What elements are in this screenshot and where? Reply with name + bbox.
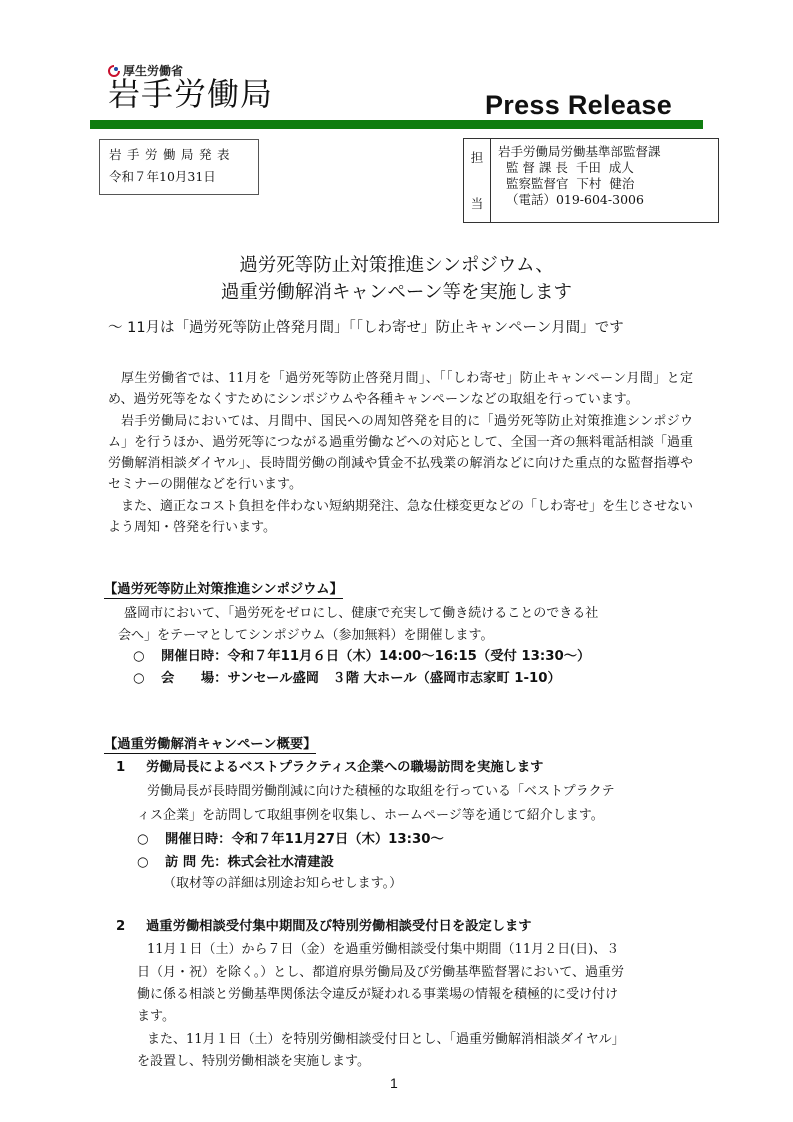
bullet-circle: ○ <box>137 855 165 870</box>
contact-label: 担 当 <box>464 139 491 222</box>
campaign-2-line: を設置し、特別労働相談を実施します。 <box>137 1050 370 1069</box>
bullet-circle: ○ <box>133 671 161 686</box>
contact-person-2: 監察監督官 下村 健治 <box>498 176 661 192</box>
title-line-1: 過労死等防止対策推進シンポジウム、 <box>0 252 793 279</box>
campaign-1-desc-2: ィス企業」を訪問して取組事例を収集し、ホームページ等を通じて紹介します。 <box>137 804 604 823</box>
campaign-2-line: 働に係る相談と労働基準関係法令違反が疑われる事業場の情報を積極的に受け付け <box>137 983 618 1002</box>
campaign-section-2-heading: 2過重労働相談受付集中期間及び特別労働相談受付日を設定します <box>116 915 532 934</box>
office-name: 岩手労働局 <box>108 76 273 112</box>
press-release-label: Press Release <box>485 90 672 121</box>
issuer-line: 岩手労働局発表 <box>109 144 258 166</box>
intro-paragraph: 岩手労働局においては、月間中、国民への周知啓発を目的に「過労死等防止対策推進シン… <box>108 411 693 496</box>
contact-department: 岩手労働局労働基準部監督課 <box>498 144 661 160</box>
contact-label-top: 担 <box>471 148 484 166</box>
symposium-venue: ○会 場：サンセール盛岡 ３階 大ホール（盛岡市志家町 1-10） <box>133 667 561 686</box>
issue-date: 令和７年10月31日 <box>109 166 258 188</box>
contact-phone: （電話）019-604-3006 <box>498 192 661 208</box>
header-divider <box>90 120 703 129</box>
campaign-2-line: 11月１日（土）から７日（金）を過重労働相談受付集中期間（11月２日(日)、３ <box>147 938 619 957</box>
campaign-2-line: 日（月・祝）を除く。）とし、都道府県労働局及び労働基準監督署において、過重労 <box>137 961 624 980</box>
campaign-section-1-heading: 1労働局長によるベストプラクティス企業への職場訪問を実施します <box>116 756 543 775</box>
campaign-1-date-text: 開催日時：令和７年11月27日（木）13:30～ <box>165 832 444 847</box>
contact-person-1: 監 督 課 長 千田 成人 <box>498 160 661 176</box>
page-number: 1 <box>390 1075 398 1091</box>
contact-label-bottom: 当 <box>471 194 484 212</box>
section-title: 労働局長によるベストプラクティス企業への職場訪問を実施します <box>146 760 543 775</box>
bullet-circle: ○ <box>133 649 161 664</box>
campaign-1-visit: ○訪 問 先：株式会社水清建設 <box>137 851 334 870</box>
symposium-desc-2: 会へ」をテーマとしてシンポジウム（参加無料）を開催します。 <box>118 624 494 643</box>
symposium-desc-1: 盛岡市において、「過労死をゼロにし、健康で充実して働き続けることのできる社 <box>124 602 598 621</box>
section-title: 過重労働相談受付集中期間及び特別労働相談受付日を設定します <box>146 919 532 934</box>
campaign-heading: 【過重労働解消キャンペーン概要】 <box>104 733 316 754</box>
symposium-date: ○開催日時：令和７年11月６日（木）14:00～16:15（受付 13:30～） <box>133 645 590 664</box>
section-number: 2 <box>116 919 146 934</box>
contact-details: 岩手労働局労働基準部監督課 監 督 課 長 千田 成人 監察監督官 下村 健治 … <box>491 139 661 222</box>
symposium-venue-text: 会 場：サンセール盛岡 ３階 大ホール（盛岡市志家町 1-10） <box>161 671 561 686</box>
intro-paragraph: 厚生労働省では、11月を「過労死等防止啓発月間」、「「しわ寄せ」防止キャンペーン… <box>108 368 693 411</box>
campaign-1-note: （取材等の詳細は別途お知らせします。） <box>163 872 402 891</box>
contact-box: 担 当 岩手労働局労働基準部監督課 監 督 課 長 千田 成人 監察監督官 下村… <box>463 138 719 223</box>
issuer-box: 岩手労働局発表 令和７年10月31日 <box>99 139 259 195</box>
campaign-1-visit-text: 訪 問 先：株式会社水清建設 <box>165 855 334 870</box>
intro-paragraph: また、適正なコスト負担を伴わない短納期発注、急な仕様変更などの「しわ寄せ」を生じ… <box>108 496 693 539</box>
symposium-date-text: 開催日時：令和７年11月６日（木）14:00～16:15（受付 13:30～） <box>161 649 590 664</box>
subtitle: ～ 11月は「過労死等防止啓発月間」「「しわ寄せ」防止キャンペーン月間」です <box>108 316 624 337</box>
campaign-1-desc-1: 労働局長が長時間労働削減に向けた積極的な取組を行っている「ベストプラクテ <box>147 780 615 799</box>
intro-text: 厚生労働省では、11月を「過労死等防止啓発月間」、「「しわ寄せ」防止キャンペーン… <box>108 368 693 538</box>
campaign-1-date: ○開催日時：令和７年11月27日（木）13:30～ <box>137 828 444 847</box>
section-number: 1 <box>116 760 146 775</box>
bullet-circle: ○ <box>137 832 165 847</box>
symposium-heading: 【過労死等防止対策推進シンポジウム】 <box>104 578 343 599</box>
campaign-2-line: また、11月１日（土）を特別労働相談受付日とし、「過重労働解消相談ダイヤル」 <box>147 1028 625 1047</box>
title-line-2: 過重労働解消キャンペーン等を実施します <box>0 279 793 306</box>
campaign-2-line: ます。 <box>137 1005 175 1024</box>
